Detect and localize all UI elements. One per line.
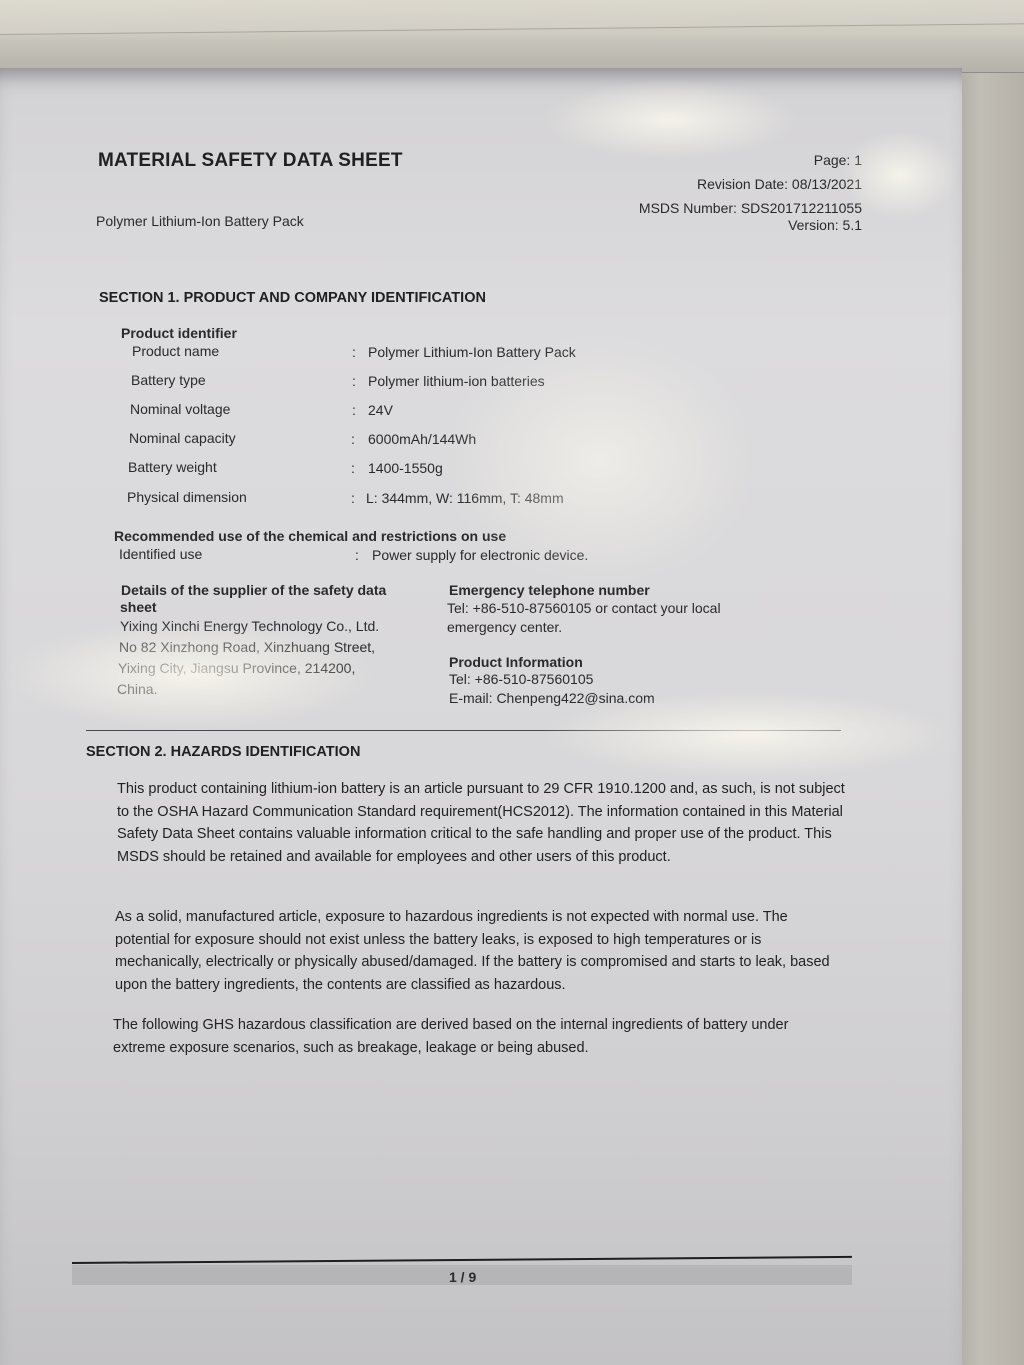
field-colon: : — [351, 431, 355, 447]
field-label-battery-weight: Battery weight — [128, 459, 217, 475]
section-1-title: SECTION 1. PRODUCT AND COMPANY IDENTIFIC… — [99, 290, 486, 306]
identified-use-label: Identified use — [119, 546, 202, 562]
page-label: Page: 1 — [814, 152, 862, 168]
field-colon: : — [352, 373, 356, 389]
field-label-nominal-capacity: Nominal capacity — [129, 430, 236, 446]
document-title: MATERIAL SAFETY DATA SHEET — [98, 150, 403, 172]
field-label-nominal-voltage: Nominal voltage — [130, 401, 230, 417]
document-subtitle: Polymer Lithium-Ion Battery Pack — [96, 213, 304, 229]
product-info-tel: Tel: +86-510-87560105 — [449, 671, 593, 687]
field-value-battery-weight: 1400-1550g — [368, 460, 443, 476]
supplier-heading: Details of the supplier of the safety da… — [121, 582, 386, 598]
product-info-email: E-mail: Chenpeng422@sina.com — [449, 690, 655, 706]
msds-document: MATERIAL SAFETY DATA SHEET Polymer Lithi… — [0, 0, 1024, 1365]
emergency-heading: Emergency telephone number — [449, 582, 650, 598]
hazards-paragraph-2: As a solid, manufactured article, exposu… — [115, 906, 845, 996]
msds-number: MSDS Number: SDS201712211055 — [639, 200, 862, 216]
section-divider — [86, 730, 841, 731]
hazards-paragraph-3: The following GHS hazardous classificati… — [113, 1014, 843, 1059]
emergency-line: Tel: +86-510-87560105 or contact your lo… — [447, 600, 721, 616]
field-colon: : — [351, 460, 355, 476]
field-value-physical-dimension: L: 344mm, W: 116mm, T: 48mm — [366, 490, 564, 506]
hazards-paragraph-1: This product containing lithium-ion batt… — [117, 778, 847, 868]
field-colon: : — [355, 547, 359, 563]
supplier-line: Yixing City, Jiangsu Province, 214200, — [118, 660, 355, 676]
product-info-heading: Product Information — [449, 654, 583, 670]
field-label-physical-dimension: Physical dimension — [127, 489, 247, 505]
identified-use-value: Power supply for electronic device. — [372, 547, 588, 563]
recommended-use-heading: Recommended use of the chemical and rest… — [114, 528, 506, 544]
field-value-product-name: Polymer Lithium-Ion Battery Pack — [368, 344, 576, 360]
field-label-battery-type: Battery type — [131, 372, 206, 388]
field-value-nominal-capacity: 6000mAh/144Wh — [368, 431, 476, 447]
field-value-battery-type: Polymer lithium-ion batteries — [368, 373, 545, 389]
supplier-line: Yixing Xinchi Energy Technology Co., Ltd… — [120, 618, 379, 634]
page-indicator: 1 / 9 — [449, 1269, 476, 1285]
section-2-title: SECTION 2. HAZARDS IDENTIFICATION — [86, 744, 360, 760]
field-colon: : — [351, 490, 355, 506]
field-colon: : — [352, 344, 356, 360]
version: Version: 5.1 — [788, 217, 862, 233]
emergency-line: emergency center. — [447, 619, 562, 635]
supplier-line: No 82 Xinzhong Road, Xinzhuang Street, — [119, 639, 375, 655]
product-identifier-heading: Product identifier — [121, 325, 237, 341]
supplier-line: China. — [117, 681, 157, 697]
supplier-heading-cont: sheet — [120, 599, 157, 615]
field-value-nominal-voltage: 24V — [368, 402, 393, 418]
field-colon: : — [352, 402, 356, 418]
revision-date: Revision Date: 08/13/2021 — [697, 176, 862, 192]
field-label-product-name: Product name — [132, 343, 219, 359]
footer-rule — [72, 1256, 852, 1264]
